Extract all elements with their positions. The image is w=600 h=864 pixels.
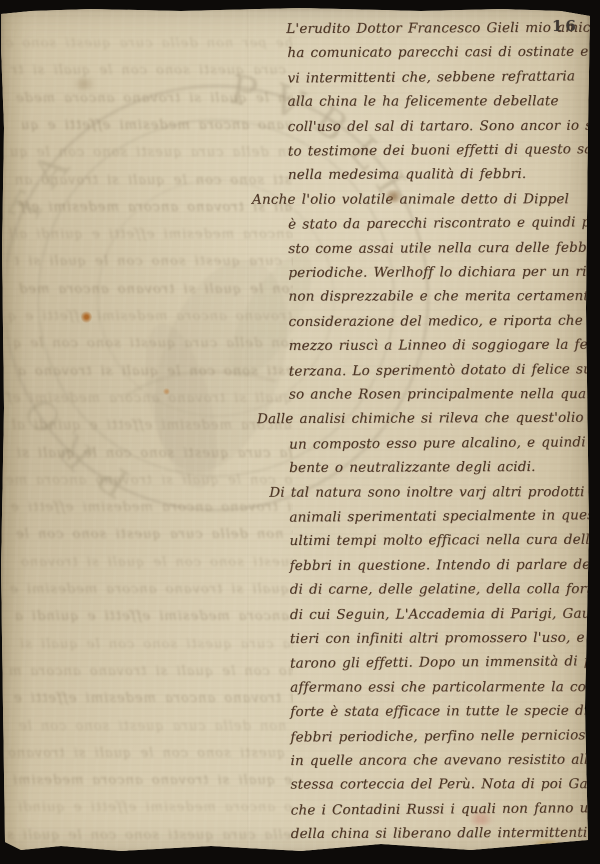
manuscript-line: so anche Rosen principalmente nella quar… bbox=[289, 386, 600, 403]
manuscript-line: di cui Seguin, L'Accademia di Parigi, Ga… bbox=[290, 605, 600, 622]
page-number: 16 bbox=[552, 17, 579, 35]
manuscript-line: di di carne, delle gelatine, della colla… bbox=[290, 581, 600, 598]
manuscript-page: della sono alla che per non della cura q… bbox=[1, 8, 590, 854]
manuscript-line: febbri periodiche, perfino nelle pernici… bbox=[290, 727, 600, 746]
manuscript-line: animali sperimentati specialmente in que… bbox=[289, 507, 600, 525]
manuscript-line: Dalle analisi chimiche si rileva che que… bbox=[257, 410, 598, 427]
manuscript-line: periodiche. Werlhoff lo dichiara per un … bbox=[288, 264, 600, 281]
manuscript-line: in quelle ancora che avevano resistito a… bbox=[290, 752, 596, 769]
manuscript-line: febbri in questione. Intendo di parlare … bbox=[290, 556, 600, 574]
manuscript-line: ha comunicato parecchi casi di ostinate … bbox=[287, 44, 600, 61]
manuscript-line: ultimi tempi molto efficaci nella cura d… bbox=[289, 532, 598, 549]
scanned-manuscript-view: della sono alla che per non della cura q… bbox=[0, 0, 600, 864]
manuscript-line: non disprezzabile e che merita certament… bbox=[288, 288, 600, 305]
manuscript-line: un composto esso pure alcalino, e quindi… bbox=[289, 434, 600, 453]
manuscript-line: to testimone dei buoni effetti di questo… bbox=[288, 141, 600, 159]
manuscript-line: è stato da parecchi riscontrato e quindi… bbox=[288, 214, 600, 233]
manuscript-line: Anche l'olio volatile animale detto di D… bbox=[252, 191, 569, 208]
manuscript-line: stessa corteccia del Perù. Nota di poi G… bbox=[291, 776, 600, 793]
manuscript-line: bente o neutralizzante degli acidi. bbox=[289, 459, 536, 476]
manuscript-line: mezzo riuscì a Linneo di soggiogare la f… bbox=[289, 337, 600, 354]
manuscript-line: affermano essi che particolarmente la co… bbox=[290, 679, 600, 696]
manuscript-line: coll'uso del sal di tartaro. Sono ancor … bbox=[288, 117, 600, 134]
manuscript-line: Di tal natura sono inoltre varj altri pr… bbox=[269, 484, 584, 501]
handwritten-text-block: L'erudito Dottor Francesco Gieli mio ami… bbox=[0, 7, 592, 856]
manuscript-line: forte è stata efficace in tutte le speci… bbox=[290, 703, 588, 720]
manuscript-line: alla china le ha felicemente debellate bbox=[288, 93, 559, 109]
manuscript-line: terzana. Lo sperimentò dotato di felice … bbox=[289, 361, 600, 380]
manuscript-line: tieri con infiniti altri promossero l'us… bbox=[290, 630, 600, 647]
manuscript-line: considerazione del medico, e riporta che… bbox=[288, 312, 600, 330]
manuscript-line: vi intermittenti che, sebbene refrattari… bbox=[287, 68, 575, 86]
manuscript-line: nella medesima qualità di febbri. bbox=[288, 166, 527, 183]
manuscript-line: sto come assai utile nella cura delle fe… bbox=[288, 239, 598, 256]
manuscript-line: che i Contadini Russi i quali non fanno … bbox=[291, 800, 600, 818]
manuscript-line: tarono gli effetti. Dopo un immensità di… bbox=[290, 653, 600, 672]
manuscript-line: della china si liberano dalle intermitte… bbox=[291, 825, 600, 842]
